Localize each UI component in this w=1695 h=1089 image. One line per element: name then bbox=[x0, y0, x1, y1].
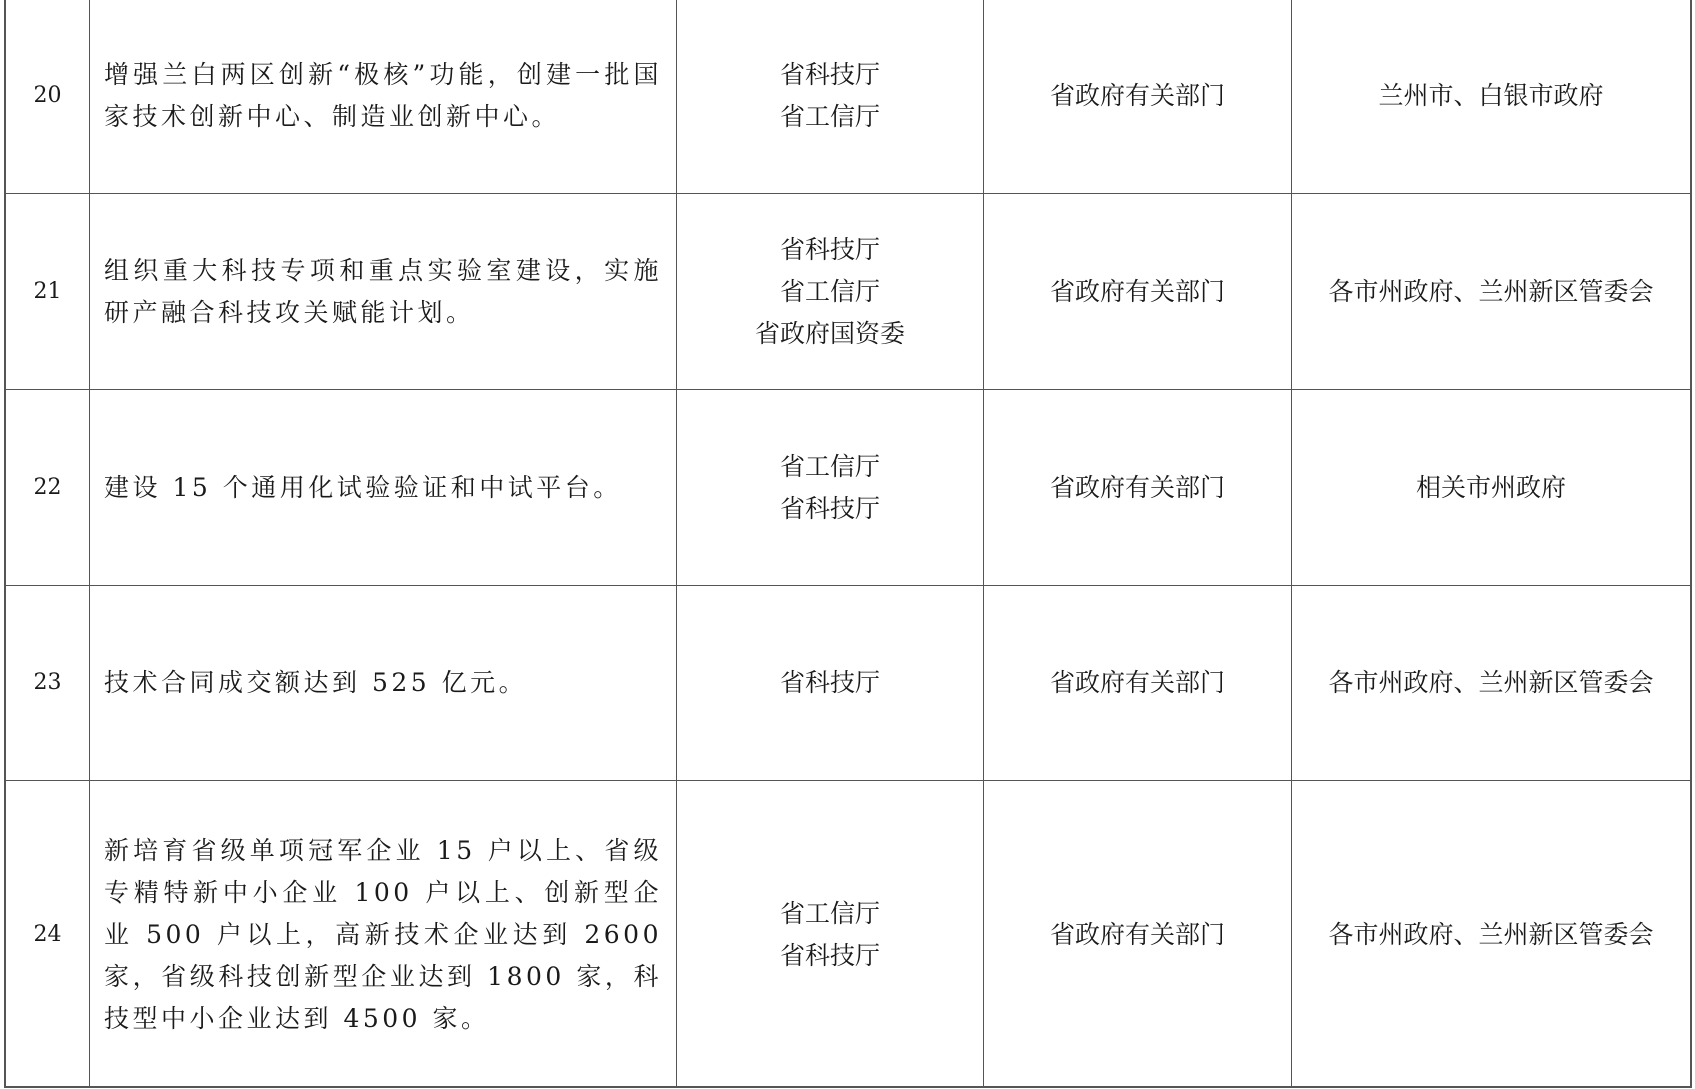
table-row: 24 新培育省级单项冠军企业 15 户以上、省级专精特新中小企业 100 户以上… bbox=[6, 781, 1690, 1088]
row-number: 24 bbox=[6, 781, 90, 1088]
task-text: 技术合同成交额达到 525 亿元。 bbox=[104, 662, 527, 704]
task-text: 增强兰白两区创新“极核”功能，创建一批国家技术创新中心、制造业创新中心。 bbox=[104, 54, 662, 138]
row-number: 22 bbox=[6, 390, 90, 585]
lead-unit: 省政府国资委 bbox=[755, 313, 905, 355]
cooperating-units: 省政府有关部门 bbox=[984, 194, 1292, 389]
cooperating-units: 省政府有关部门 bbox=[984, 781, 1292, 1088]
implementing-units: 各市州政府、兰州新区管委会 bbox=[1292, 586, 1690, 780]
task-description: 技术合同成交额达到 525 亿元。 bbox=[90, 586, 677, 780]
table-row: 21 组织重大科技专项和重点实验室建设，实施研产融合科技攻关赋能计划。 省科技厅… bbox=[6, 194, 1690, 390]
implementing-units: 兰州市、白银市政府 bbox=[1292, 0, 1690, 193]
implementing-units: 各市州政府、兰州新区管委会 bbox=[1292, 781, 1690, 1088]
lead-unit: 省科技厅 bbox=[780, 935, 880, 977]
table-row: 23 技术合同成交额达到 525 亿元。 省科技厅 省政府有关部门 各市州政府、… bbox=[6, 586, 1690, 781]
lead-unit: 省科技厅 bbox=[780, 54, 880, 96]
table-row: 22 建设 15 个通用化试验验证和中试平台。 省工信厅 省科技厅 省政府有关部… bbox=[6, 390, 1690, 586]
lead-unit: 省科技厅 bbox=[780, 662, 880, 704]
row-number: 23 bbox=[6, 586, 90, 780]
task-description: 增强兰白两区创新“极核”功能，创建一批国家技术创新中心、制造业创新中心。 bbox=[90, 0, 677, 193]
row-number: 20 bbox=[6, 0, 90, 193]
implementing-units: 各市州政府、兰州新区管委会 bbox=[1292, 194, 1690, 389]
lead-units: 省科技厅 省工信厅 省政府国资委 bbox=[677, 194, 984, 389]
lead-units: 省科技厅 省工信厅 bbox=[677, 0, 984, 193]
lead-units: 省工信厅 省科技厅 bbox=[677, 781, 984, 1088]
task-text: 新培育省级单项冠军企业 15 户以上、省级专精特新中小企业 100 户以上、创新… bbox=[104, 830, 662, 1040]
table-row: 20 增强兰白两区创新“极核”功能，创建一批国家技术创新中心、制造业创新中心。 … bbox=[6, 0, 1690, 194]
lead-unit: 省工信厅 bbox=[780, 271, 880, 313]
cooperating-units: 省政府有关部门 bbox=[984, 0, 1292, 193]
row-number: 21 bbox=[6, 194, 90, 389]
lead-unit: 省工信厅 bbox=[780, 96, 880, 138]
task-text: 建设 15 个通用化试验验证和中试平台。 bbox=[104, 467, 622, 509]
task-description: 组织重大科技专项和重点实验室建设，实施研产融合科技攻关赋能计划。 bbox=[90, 194, 677, 389]
lead-unit: 省科技厅 bbox=[780, 488, 880, 530]
implementing-units: 相关市州政府 bbox=[1292, 390, 1690, 585]
task-text: 组织重大科技专项和重点实验室建设，实施研产融合科技攻关赋能计划。 bbox=[104, 250, 662, 334]
task-table: 20 增强兰白两区创新“极核”功能，创建一批国家技术创新中心、制造业创新中心。 … bbox=[4, 0, 1692, 1088]
task-description: 建设 15 个通用化试验验证和中试平台。 bbox=[90, 390, 677, 585]
cooperating-units: 省政府有关部门 bbox=[984, 586, 1292, 780]
lead-unit: 省工信厅 bbox=[780, 893, 880, 935]
lead-units: 省工信厅 省科技厅 bbox=[677, 390, 984, 585]
lead-units: 省科技厅 bbox=[677, 586, 984, 780]
lead-unit: 省科技厅 bbox=[780, 229, 880, 271]
task-description: 新培育省级单项冠军企业 15 户以上、省级专精特新中小企业 100 户以上、创新… bbox=[90, 781, 677, 1088]
cooperating-units: 省政府有关部门 bbox=[984, 390, 1292, 585]
lead-unit: 省工信厅 bbox=[780, 446, 880, 488]
